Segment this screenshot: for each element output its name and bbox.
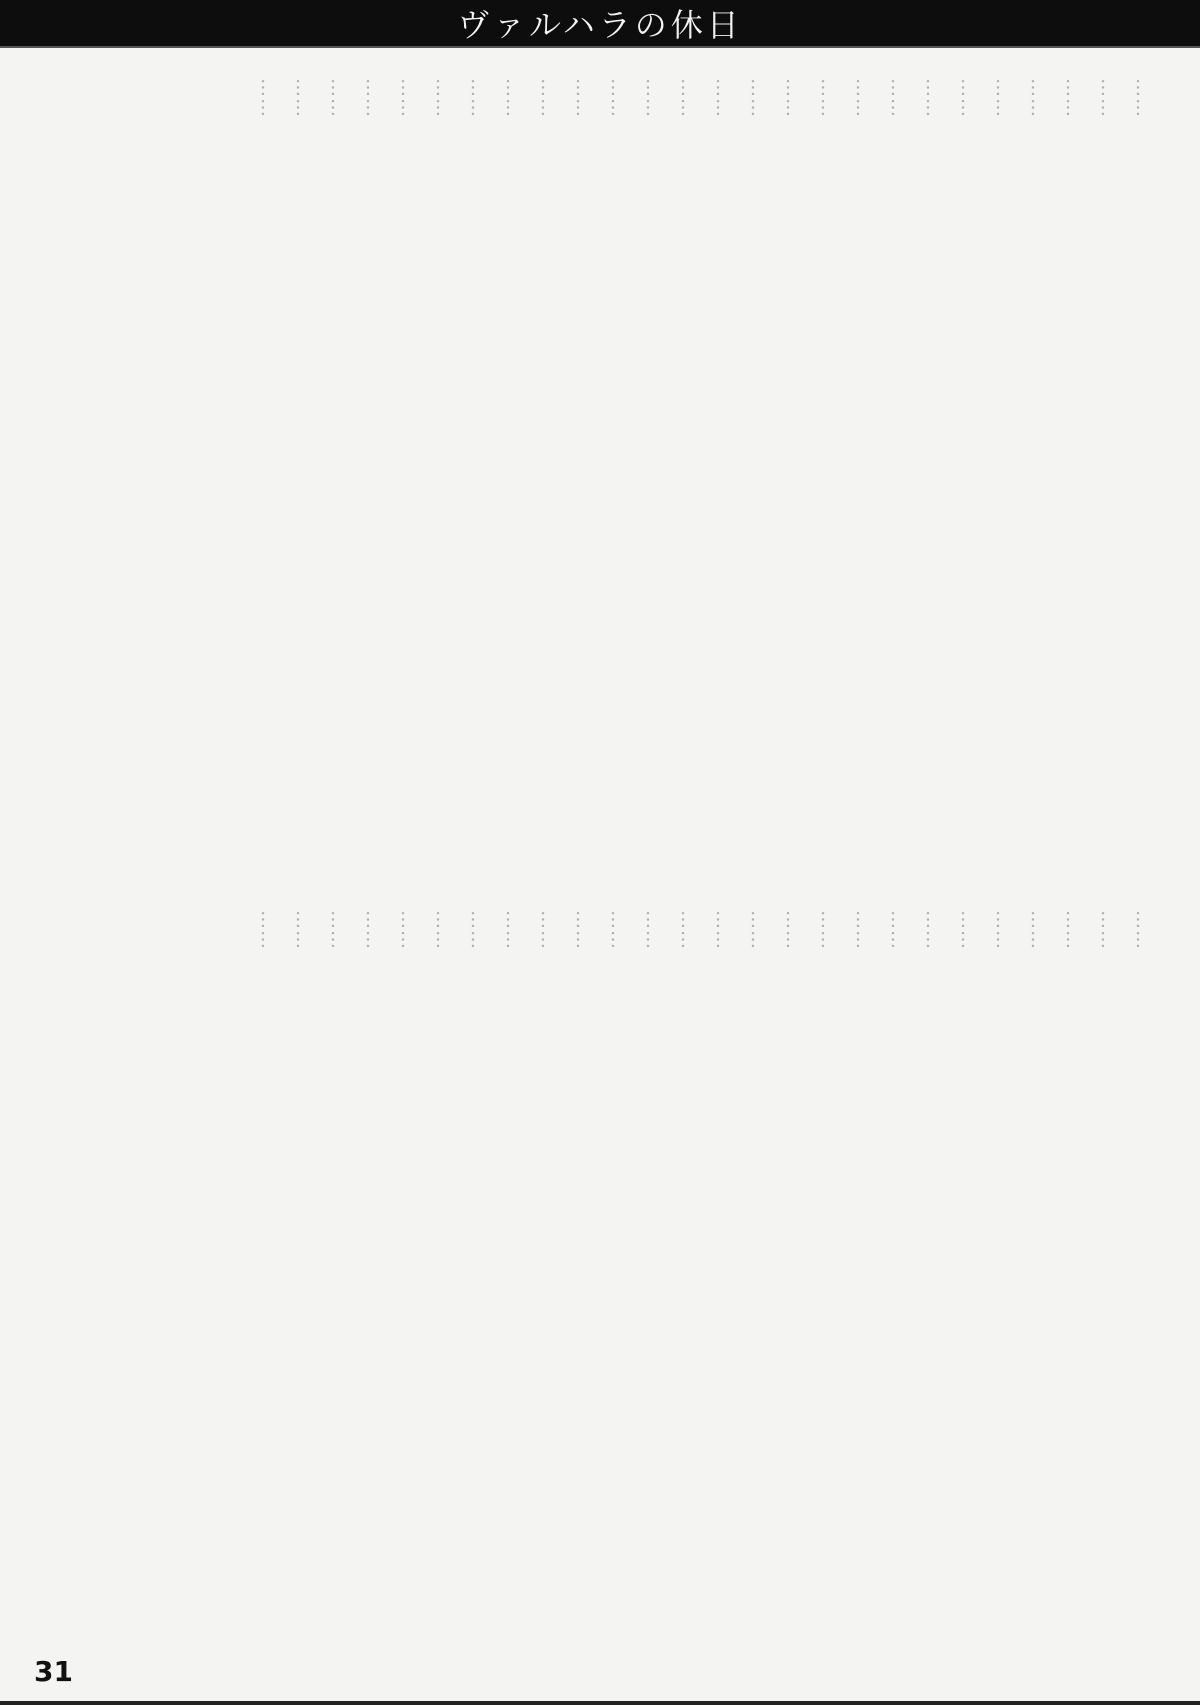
text-line: …… (530, 78, 565, 838)
header-bar: ヴァルハラの休日 (0, 0, 1200, 48)
text-line: …… (1020, 910, 1055, 1650)
text-line: …… (810, 78, 845, 838)
text-line: …… (775, 78, 810, 838)
text-line: …… (845, 910, 880, 1650)
text-line: …… (845, 78, 880, 838)
text-line: …… (530, 910, 565, 1650)
text-line: …… (355, 910, 390, 1650)
text-line: …… (950, 910, 985, 1650)
text-line: …… (740, 910, 775, 1650)
text-line: …… (985, 78, 1020, 838)
text-line: …… (250, 910, 285, 1650)
text-line: …… (460, 910, 495, 1650)
text-line: …… (635, 910, 670, 1650)
text-line: …… (285, 910, 320, 1650)
text-line: …… (1055, 910, 1090, 1650)
text-line: …… (460, 78, 495, 838)
vertical-text-block-bottom: …………………………………………………………………………………………………………… (150, 910, 1160, 1650)
text-line: …… (915, 910, 950, 1650)
text-line: …… (775, 910, 810, 1650)
page-number: 31 (34, 1655, 73, 1688)
text-line: …… (985, 910, 1020, 1650)
text-line: …… (390, 78, 425, 838)
vertical-text-block-top: …………………………………………………………………………………………………………… (150, 78, 1160, 838)
text-line: …… (705, 78, 740, 838)
text-line: …… (1055, 78, 1090, 838)
text-line: …… (320, 910, 355, 1650)
text-line: …… (425, 910, 460, 1650)
text-line: …… (635, 78, 670, 838)
text-line: …… (705, 910, 740, 1650)
text-line: …… (1125, 78, 1160, 838)
text-line: …… (1090, 910, 1125, 1650)
text-line: …… (740, 78, 775, 838)
text-line: …… (880, 78, 915, 838)
text-line: …… (425, 78, 460, 838)
text-line: …… (950, 78, 985, 838)
text-line: …… (600, 78, 635, 838)
text-line: …… (1020, 78, 1055, 838)
text-line: …… (355, 78, 390, 838)
text-line: …… (810, 910, 845, 1650)
text-line: …… (495, 910, 530, 1650)
text-line: …… (1125, 910, 1160, 1650)
text-line: …… (600, 910, 635, 1650)
text-line: …… (565, 78, 600, 838)
text-line: …… (880, 910, 915, 1650)
text-line: …… (390, 910, 425, 1650)
text-line: …… (1090, 78, 1125, 838)
text-line: …… (670, 78, 705, 838)
text-line: …… (285, 78, 320, 838)
text-line: …… (320, 78, 355, 838)
text-line: …… (915, 78, 950, 838)
text-line: …… (565, 910, 600, 1650)
footer-rule (0, 1701, 1200, 1705)
text-line: …… (670, 910, 705, 1650)
text-line: …… (250, 78, 285, 838)
chapter-title: ヴァルハラの休日 (457, 0, 742, 46)
text-line: …… (495, 78, 530, 838)
